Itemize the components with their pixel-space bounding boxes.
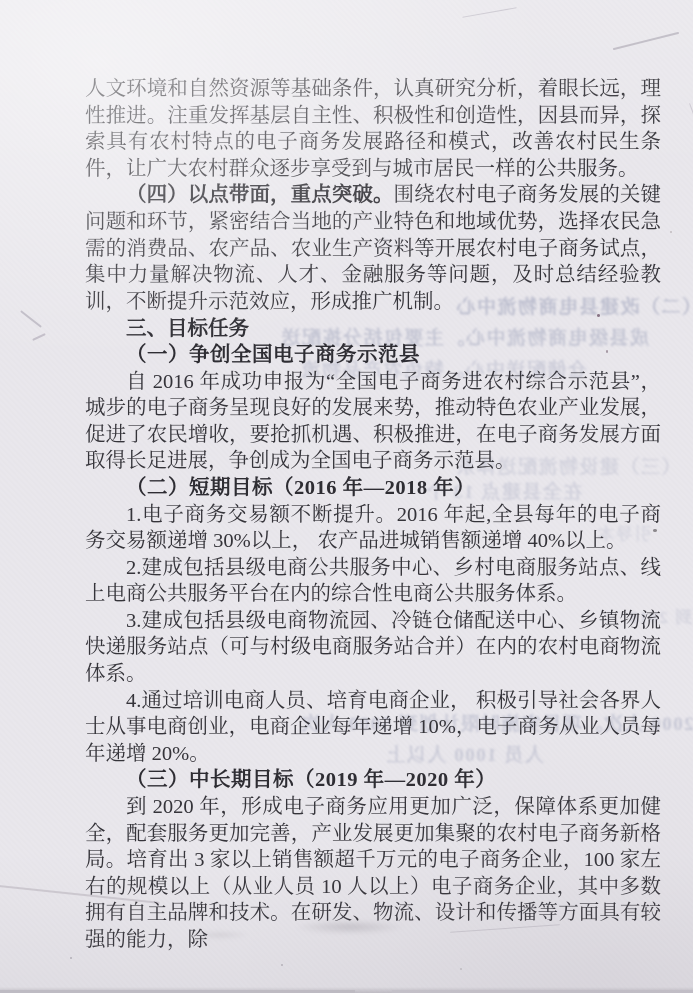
heading-section-3: 三、目标任务 <box>85 315 661 342</box>
paragraph-point4: （四）以点带面，重点突破。围绕农村电子商务发展的关键问题和环节，紧密结合当地的产… <box>85 182 661 315</box>
dust-speck <box>606 350 608 353</box>
heading-subsection-3: （三）中长期目标（2019 年—2020 年） <box>85 767 661 794</box>
crease-mark <box>462 7 516 18</box>
crease-mark <box>613 32 679 50</box>
dust-speck <box>597 314 600 317</box>
document-text: 人文环境和自然资源等基础条件，认真研究分析，着眼长远，理性推进。注重发挥基层自主… <box>85 76 661 954</box>
dust-speck <box>70 957 72 959</box>
dust-speck <box>460 968 462 970</box>
crease-mark <box>20 310 42 328</box>
scan-edge <box>0 987 693 993</box>
paragraph-subsection-3: 到 2020 年，形成电子商务应用更加广泛，保障体系更加健全，配套服务更加完善，… <box>85 794 661 954</box>
heading-subsection-2: （二）短期目标（2016 年—2018 年） <box>85 475 661 502</box>
crease-mark <box>32 333 46 341</box>
dust-speck <box>281 964 283 966</box>
heading-subsection-1: （一）争创全国电子商务示范县 <box>85 342 661 369</box>
paragraph-subsection-1: 自 2016 年成功申报为“全国电子商务进农村综合示范县”，城步的电子商务呈现良… <box>85 369 661 475</box>
paragraph-point4-lead: （四）以点带面，重点突破。 <box>126 184 394 206</box>
crease-mark <box>689 103 693 128</box>
paragraph-item-4: 4.通过培训电商人员、培育电商企业， 积极引导社会各界人士从事电商创业，电商企业… <box>85 688 661 768</box>
dust-speck <box>670 231 672 233</box>
paragraph-item-2: 2.建成包括县级电商公共服务中心、乡村电商服务站点、线上电商公共服务平台在内的综… <box>85 555 661 608</box>
paragraph-item-1: 1.电子商务交易额不断提升。2016 年起,全县每年的电子商务交易额递增 30%… <box>85 502 661 555</box>
dust-speck <box>653 529 657 532</box>
paragraph-continuation: 人文环境和自然资源等基础条件，认真研究分析，着眼长远，理性推进。注重发挥基层自主… <box>85 76 661 182</box>
paragraph-item-3: 3.建成包括县级电商物流园、冷链仓储配送中心、乡镇物流快递服务站点（可与村级电商… <box>85 608 661 688</box>
document-page: （二）改建县电商物流中心 成县级电商物流中心。主要包括分拣配送 仓储配送中心。特… <box>0 0 693 993</box>
